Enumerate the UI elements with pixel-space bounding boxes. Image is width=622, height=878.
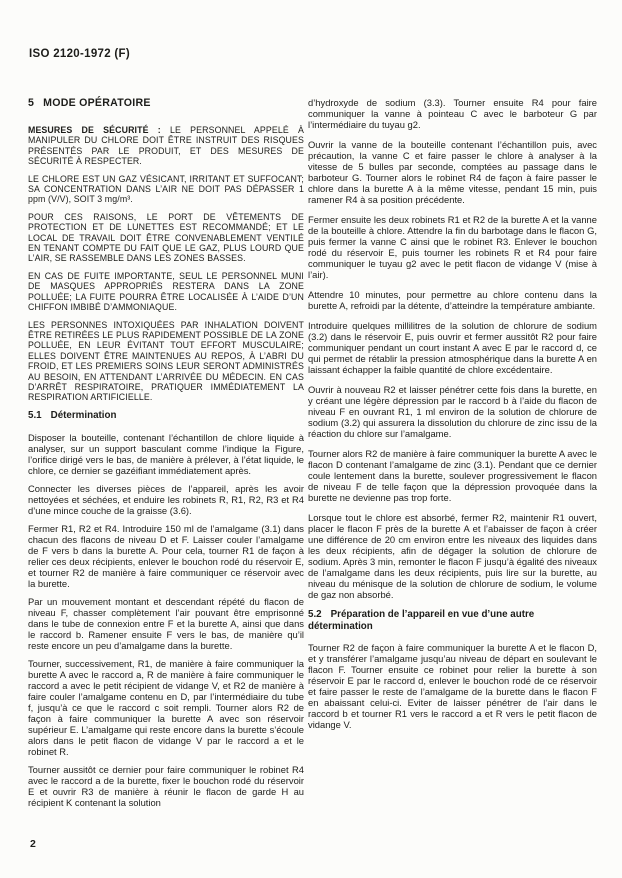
left-column: 5MODE OPÉRATOIRE MESURES DE SÉCURITÉ : L… bbox=[28, 97, 304, 815]
procedure-paragraph: Ouvrir la vanne de la bouteille contenan… bbox=[308, 139, 597, 205]
right-column: d’hydroxyde de sodium (3.3). Tourner ens… bbox=[308, 97, 597, 739]
procedure-paragraph: d’hydroxyde de sodium (3.3). Tourner ens… bbox=[308, 97, 597, 130]
page-number: 2 bbox=[30, 838, 36, 850]
procedure-paragraph: Disposer la bouteille, contenant l’échan… bbox=[28, 432, 304, 476]
safety-paragraph-protection: POUR CES RAISONS, LE PORT DE VÊTEMENTS D… bbox=[28, 212, 304, 264]
procedure-paragraph: Attendre 10 minutes, pour permettre au c… bbox=[308, 289, 597, 311]
document-page: ISO 2120-1972 (F) 5MODE OPÉRATOIRE MESUR… bbox=[0, 0, 622, 878]
section-5-title: MODE OPÉRATOIRE bbox=[43, 97, 151, 109]
safety-measures-lead: MESURES DE SÉCURITÉ : bbox=[28, 125, 161, 135]
procedure-paragraph: Ouvrir à nouveau R2 et laisser pénétrer … bbox=[308, 384, 597, 439]
section-5-2-title: Préparation de l’appareil en vue d’une a… bbox=[308, 609, 534, 632]
section-5-2-heading: 5.2Préparation de l’appareil en vue d’un… bbox=[308, 609, 597, 633]
procedure-paragraph: Tourner R2 de façon à faire communiquer … bbox=[308, 642, 597, 730]
section-5-1-title: Détermination bbox=[51, 410, 117, 421]
section-5-heading: 5MODE OPÉRATOIRE bbox=[28, 97, 304, 109]
doc-reference: ISO 2120-1972 (F) bbox=[29, 48, 130, 60]
procedure-paragraph: Par un mouvement montant et descendant r… bbox=[28, 596, 304, 651]
procedure-paragraph: Introduire quelques millilitres de la so… bbox=[308, 320, 597, 375]
procedure-paragraph: Fermer ensuite les deux robinets R1 et R… bbox=[308, 214, 597, 280]
section-5-2-number: 5.2 bbox=[308, 609, 322, 621]
procedure-paragraph: Tourner aussitôt ce dernier pour faire c… bbox=[28, 764, 304, 808]
safety-paragraph-chlorine-gas: LE CHLORE EST UN GAZ VÉSICANT, IRRITANT … bbox=[28, 174, 304, 205]
safety-paragraph-leak: EN CAS DE FUITE IMPORTANTE, SEUL LE PERS… bbox=[28, 271, 304, 313]
procedure-paragraph: Tourner alors R2 de manière à faire comm… bbox=[308, 448, 597, 503]
safety-measures-paragraph: MESURES DE SÉCURITÉ : LE PERSONNEL APPEL… bbox=[28, 125, 304, 167]
safety-paragraph-intoxication: LES PERSONNES INTOXIQUÉES PAR INHALATION… bbox=[28, 320, 304, 403]
procedure-paragraph: Connecter les diverses pièces de l’appar… bbox=[28, 483, 304, 516]
procedure-paragraph: Tourner, successivement, R1, de manière … bbox=[28, 658, 304, 757]
procedure-paragraph: Lorsque tout le chlore est absorbé, ferm… bbox=[308, 512, 597, 600]
section-5-1-heading: 5.1Détermination bbox=[28, 410, 304, 422]
section-5-1-number: 5.1 bbox=[28, 410, 42, 422]
procedure-paragraph: Fermer R1, R2 et R4. Introduire 150 ml d… bbox=[28, 523, 304, 589]
section-5-number: 5 bbox=[28, 97, 34, 109]
